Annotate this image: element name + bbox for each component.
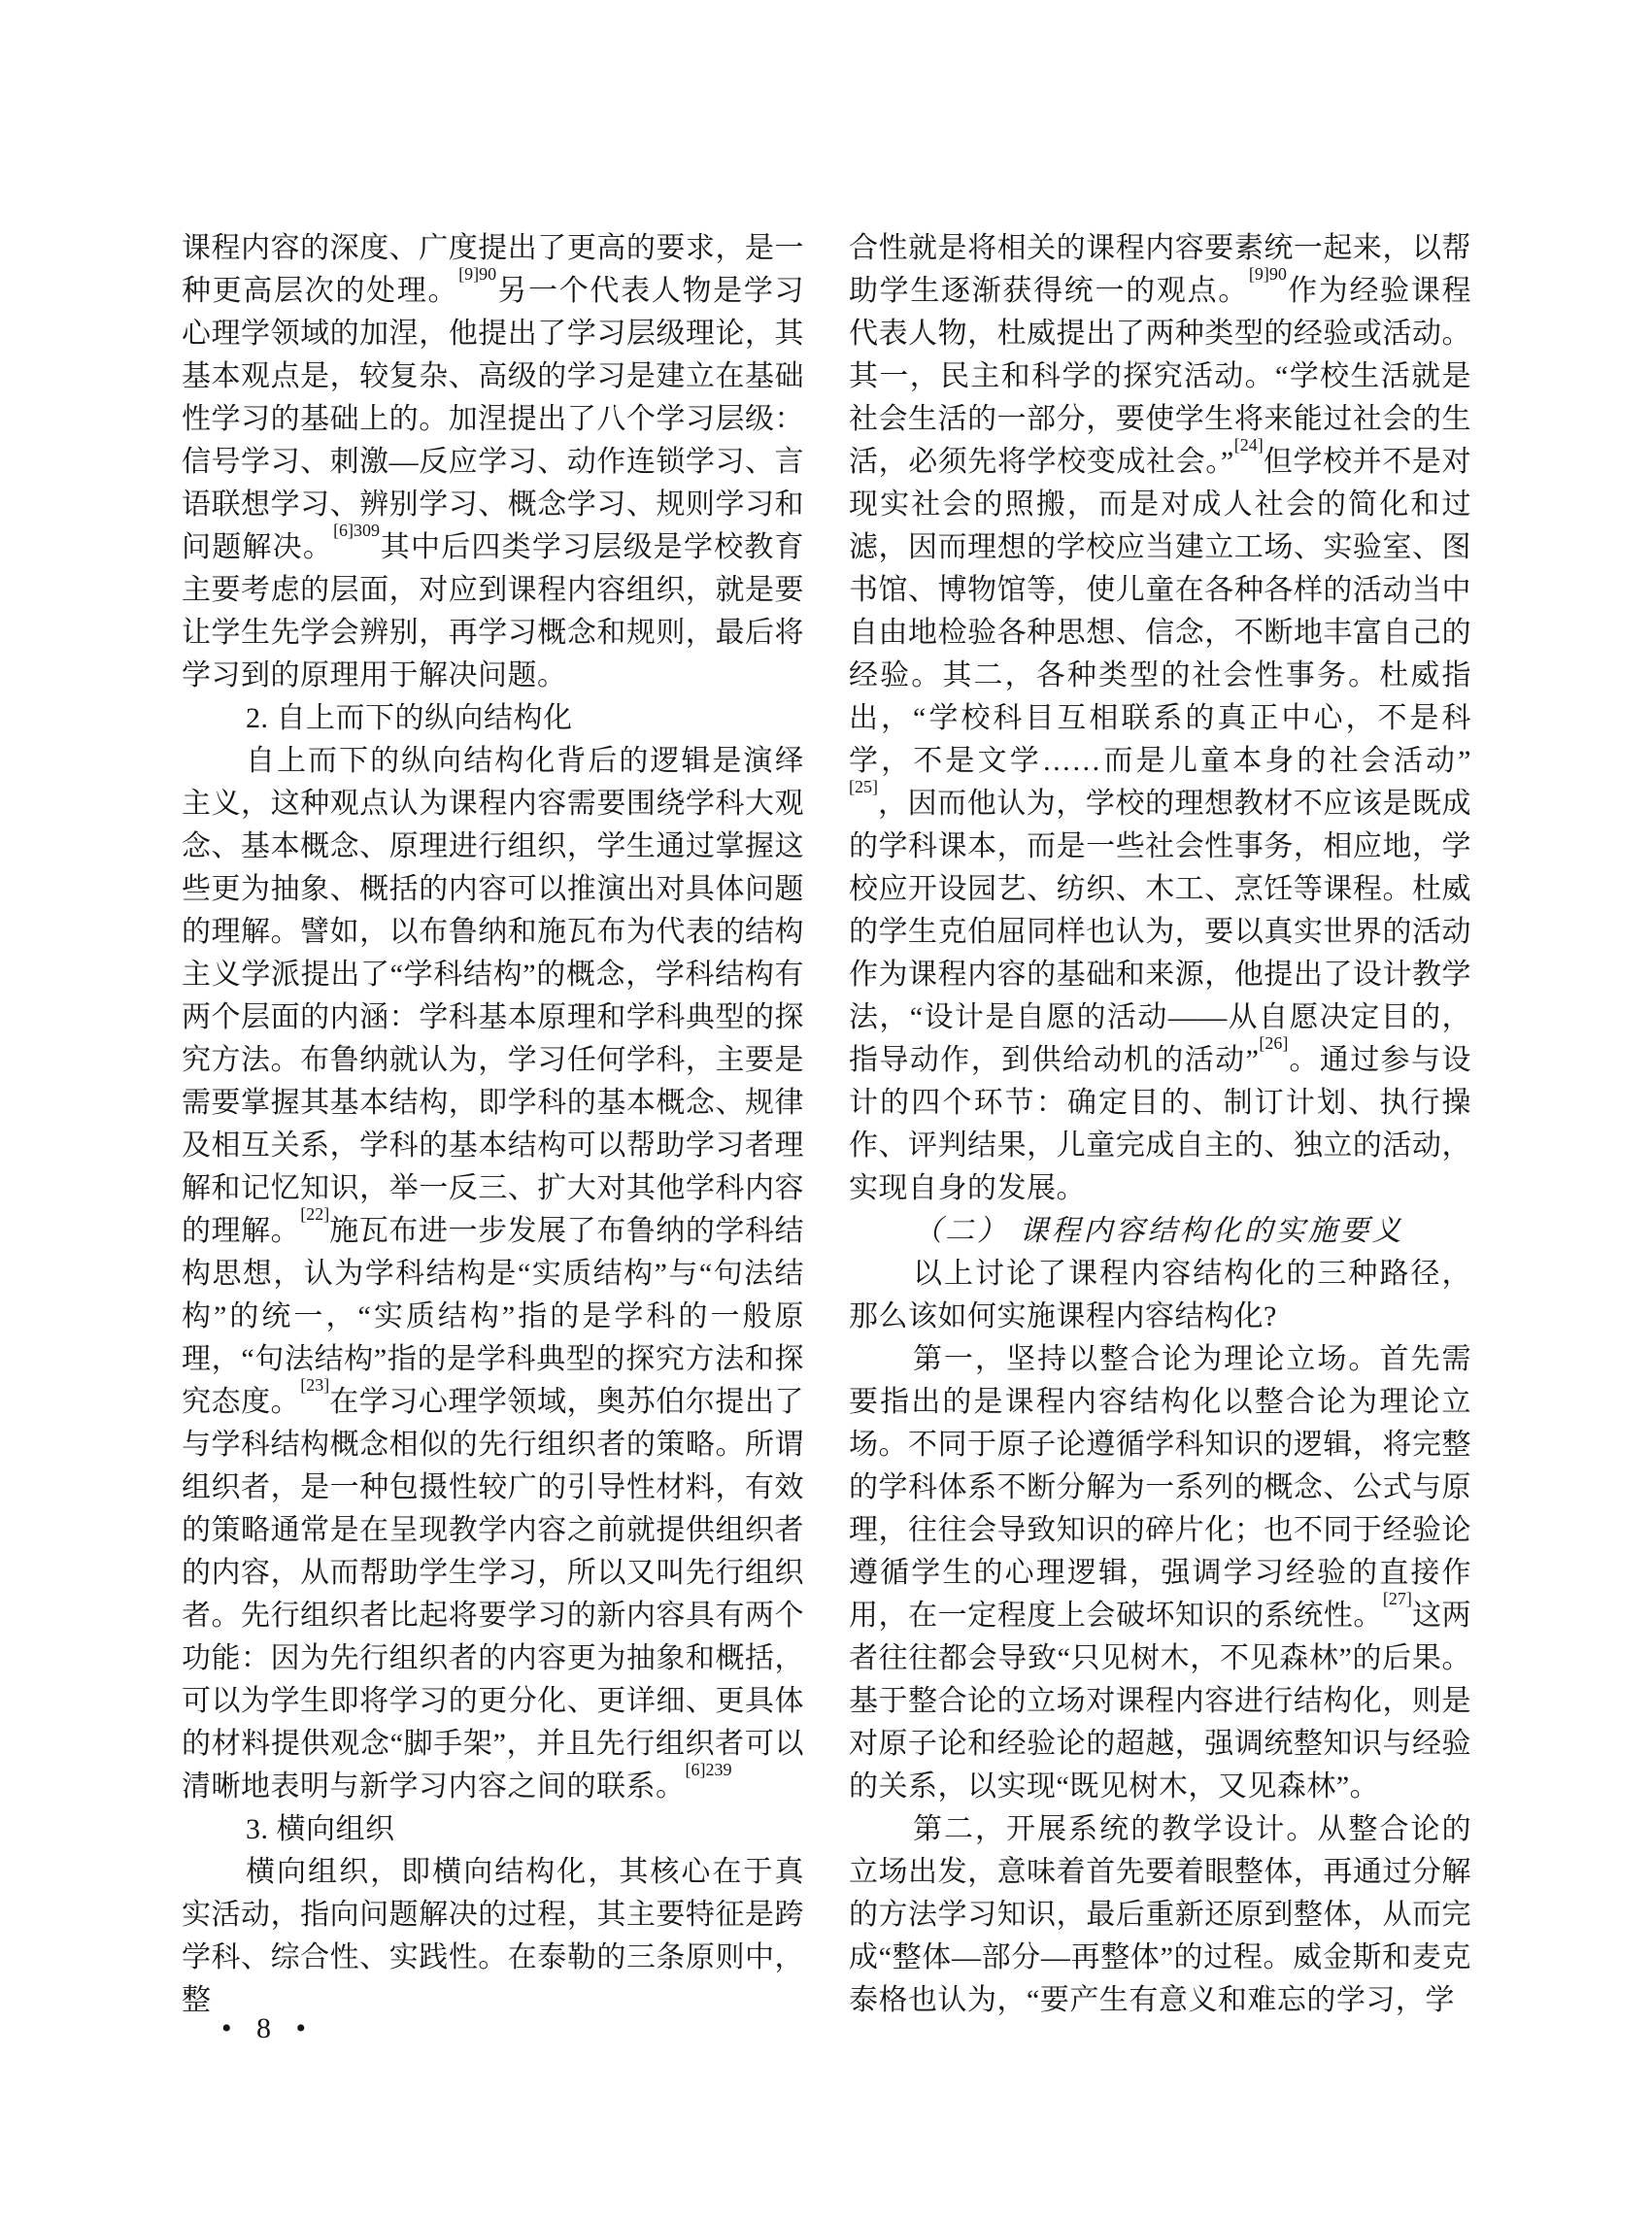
paragraph: 横向组织，即横向结构化，其核心在于真实活动，指向问题解决的过程，其主要特征是跨学… (182, 1851, 804, 2022)
page-number: • 8 • (221, 2012, 315, 2045)
paragraph: 合性就是将相关的课程内容要素统一起来，以帮助学生逐渐获得统一的观点。[9]90作… (849, 227, 1471, 1210)
paragraph: 课程内容的深度、广度提出了更高的要求，是一种更高层次的处理。[9]90另一个代表… (182, 227, 804, 697)
section-heading: 3. 横向组织 (182, 1808, 804, 1851)
citation-marker: [9]90 (1249, 264, 1287, 284)
citation-marker: [23] (300, 1375, 329, 1395)
citation-marker: [9]90 (458, 264, 496, 284)
citation-marker: [6]239 (686, 1760, 732, 1779)
citation-marker: [22] (300, 1204, 329, 1224)
paragraph: 以上讨论了课程内容结构化的三种路径，那么该如何实施课程内容结构化? (849, 1253, 1471, 1338)
paragraph: 第一，坚持以整合论为理论立场。首先需要指出的是课程内容结构化以整合论为理论立场。… (849, 1338, 1471, 1808)
section-heading: （二） 课程内容结构化的实施要义 (849, 1210, 1471, 1253)
citation-marker: [26] (1259, 1033, 1288, 1053)
citation-marker: [24] (1234, 435, 1264, 455)
citation-marker: [6]309 (333, 521, 380, 540)
two-column-text-area: 课程内容的深度、广度提出了更高的要求，是一种更高层次的处理。[9]90另一个代表… (182, 227, 1471, 2022)
section-heading: 2. 自上而下的纵向结构化 (182, 697, 804, 740)
citation-marker: [25] (849, 777, 878, 796)
right-column: 合性就是将相关的课程内容要素统一起来，以帮助学生逐渐获得统一的观点。[9]90作… (849, 227, 1471, 2022)
paragraph: 自上而下的纵向结构化背后的逻辑是演绎主义，这种观点认为课程内容需要围绕学科大观念… (182, 740, 804, 1808)
citation-marker: [27] (1383, 1589, 1412, 1608)
paragraph: 第二，开展系统的教学设计。从整合论的立场出发，意味着首先要着眼整体，再通过分解的… (849, 1808, 1471, 2022)
left-column: 课程内容的深度、广度提出了更高的要求，是一种更高层次的处理。[9]90另一个代表… (182, 227, 804, 2022)
paper-page: 课程内容的深度、广度提出了更高的要求，是一种更高层次的处理。[9]90另一个代表… (0, 0, 1652, 2225)
